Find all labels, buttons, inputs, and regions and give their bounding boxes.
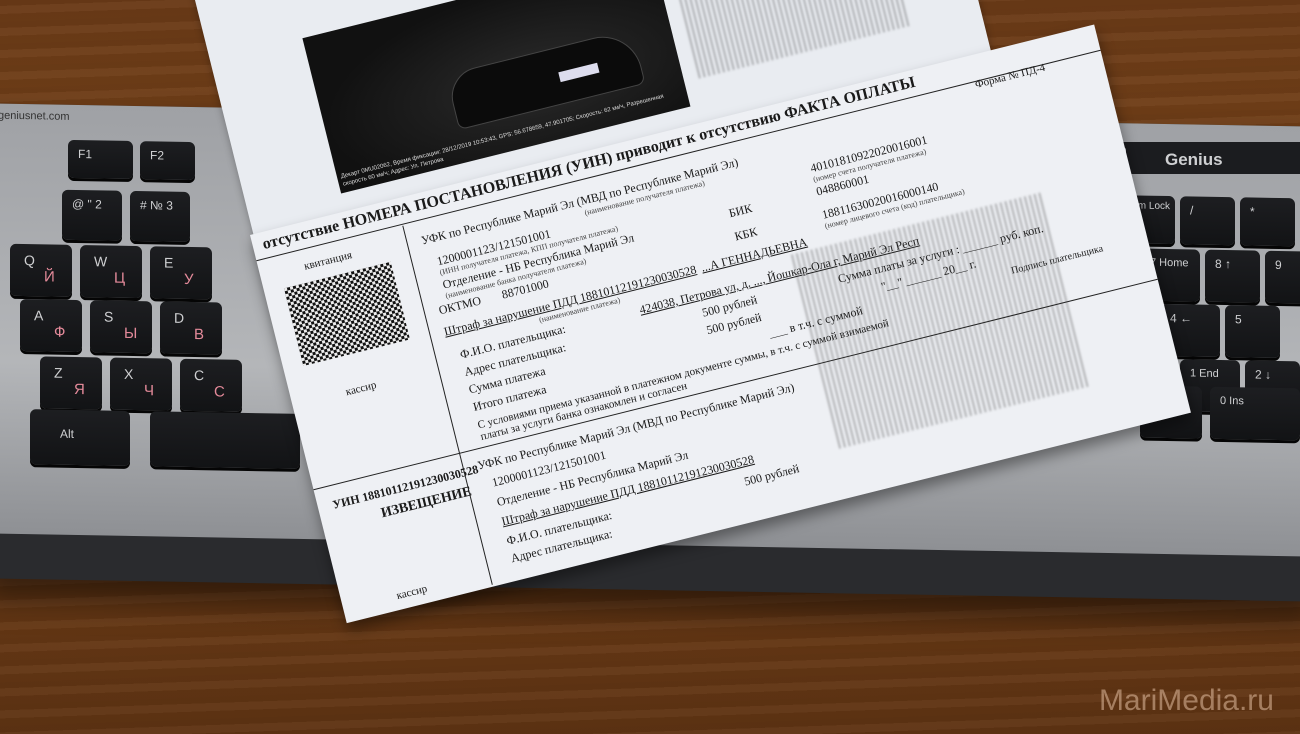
key-num-0[interactable]: 0 Ins: [1210, 387, 1300, 441]
key-a[interactable]: AФ: [20, 299, 82, 352]
key-num-star[interactable]: *: [1240, 197, 1295, 246]
key-num-slash[interactable]: /: [1180, 196, 1235, 245]
key-d[interactable]: DВ: [160, 301, 222, 354]
kvitanciya-label: квитанция: [303, 249, 353, 272]
key-w[interactable]: WЦ: [80, 245, 142, 298]
key-space[interactable]: [150, 411, 300, 469]
key-num-8[interactable]: 8 ↑: [1205, 250, 1260, 303]
print-smudge: [791, 192, 1092, 449]
qr-code[interactable]: [284, 262, 410, 366]
print-smudge: [658, 0, 913, 79]
key-f2[interactable]: F2: [140, 141, 195, 180]
keyboard-site-label: geniusnet.com: [0, 110, 70, 123]
oktmo-label: ОКТМО: [437, 293, 483, 318]
key-alt[interactable]: Alt: [30, 409, 130, 466]
key-3[interactable]: # № 3: [130, 191, 190, 242]
key-f1[interactable]: F1: [68, 140, 133, 179]
key-c[interactable]: CС: [180, 359, 242, 412]
key-z[interactable]: ZЯ: [40, 356, 102, 409]
cashier-label: кассир: [344, 379, 377, 398]
genius-logo: Genius: [1165, 150, 1223, 170]
key-x[interactable]: XЧ: [110, 358, 172, 411]
key-e[interactable]: EУ: [150, 246, 212, 299]
key-2[interactable]: @ " 2: [62, 190, 122, 241]
kbk-label: КБК: [733, 224, 759, 244]
key-q[interactable]: QЙ: [10, 244, 72, 297]
bik-label: БИК: [727, 201, 753, 221]
key-num-9[interactable]: 9: [1265, 251, 1300, 304]
key-s[interactable]: SЫ: [90, 300, 152, 353]
watermark: MariMedia.ru: [1099, 684, 1274, 718]
key-num-5[interactable]: 5: [1225, 305, 1280, 358]
cashier-label-2: кассир: [395, 583, 428, 602]
